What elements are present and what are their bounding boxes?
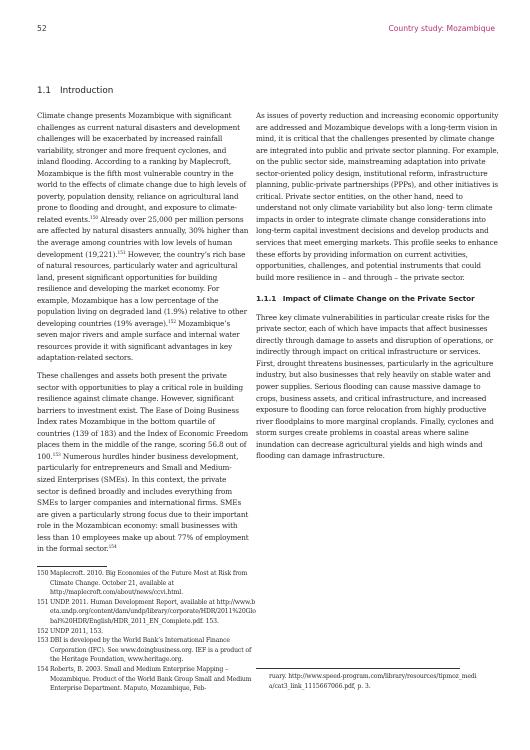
paragraph-impact: Three key climate vulnerabilities in par… [256, 312, 499, 462]
subsection-title: Impact of Climate Change on the Private … [283, 294, 475, 303]
footnote-154: 154 Roberts, B. 2003. Small and Medium E… [37, 665, 257, 694]
footnote-ref[interactable]: 154 [109, 545, 117, 550]
left-column: Climate change presents Mozambique with … [37, 110, 249, 561]
section-number: 1.1 [37, 86, 51, 96]
paragraph-intro-1: Climate change presents Mozambique with … [37, 110, 249, 364]
footnote-152: 152UNDP 2011, 153. [37, 627, 257, 637]
footnote-divider-right [256, 668, 460, 669]
footnote-150: 150Maplecroft. 2010. Big Economies of th… [37, 569, 257, 598]
footnote-ref[interactable]: 152 [168, 320, 176, 325]
footnote-divider [37, 566, 107, 567]
footnote-151: 151UNDP. 2011. Human Development Report,… [37, 598, 257, 627]
footnotes: 150Maplecroft. 2010. Big Economies of th… [37, 569, 257, 694]
paragraph-intro-2: These challenges and assets both present… [37, 370, 249, 555]
footnote-ref[interactable]: 150 [90, 216, 98, 221]
section-heading: 1.1Introduction [37, 86, 113, 96]
right-column: As issues of poverty reduction and incre… [256, 110, 499, 468]
subsection-number: 1.1.1 [256, 294, 276, 303]
paragraph-intro-3: As issues of poverty reduction and incre… [256, 110, 499, 283]
section-title: Introduction [60, 86, 113, 96]
footnote-ref[interactable]: 151 [118, 251, 126, 256]
footnote-154-continuation: ruary. http://www.speed-program.com/libr… [269, 672, 479, 691]
page-number: 52 [37, 24, 47, 33]
subsection-heading: 1.1.1 Impact of Climate Change on the Pr… [256, 293, 499, 305]
footnote-ref[interactable]: 153 [53, 453, 61, 458]
running-head: Country study: Mozambique [388, 24, 495, 33]
footnote-153: 153 DBI is developed by the World Bank’s… [37, 636, 257, 665]
